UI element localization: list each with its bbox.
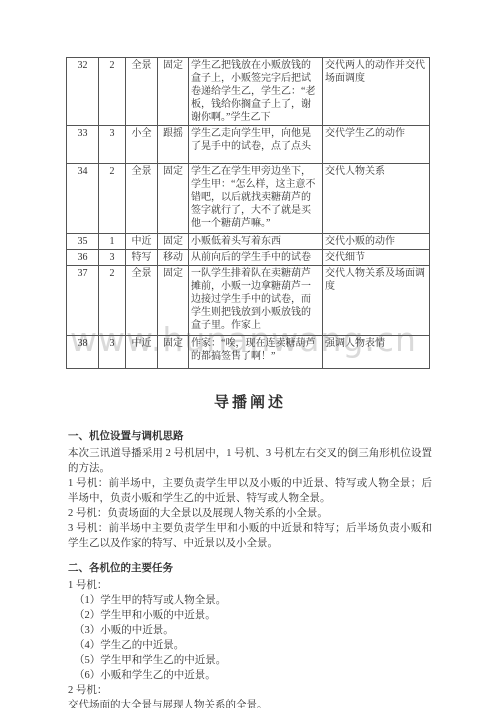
shot-number-cell: 35 — [67, 234, 99, 250]
shot-description-cell: 小贩低着头写着东西 — [189, 234, 323, 250]
camera-move-cell: 固定 — [158, 266, 189, 336]
table-row: 36 3 特写 移动 从前向后的学生手中的试卷 交代细节 — [67, 250, 430, 266]
camera-move-cell: 跟摇 — [158, 126, 189, 164]
shot-size-cell: 中近 — [126, 336, 158, 369]
section1-paragraph: 1 号机：前半场中，主要负责学生甲以及小贩的中近景、特写或人物全景；后半场中，负… — [68, 476, 432, 506]
section2-list-item: （1）学生甲的特写或人物全景。 — [68, 593, 432, 608]
table-row: 38 3 中近 固定 作家：“唉，现在连卖糖葫芦的都搞签售了啊！” 强调人物表情 — [67, 336, 430, 369]
shot-size-cell: 全景 — [126, 58, 158, 126]
document-page: www.hunanwang.cn 32 2 全景 固定 学生乙把钱放在小贩放钱的… — [0, 0, 500, 708]
shot-number-cell: 33 — [67, 126, 99, 164]
shot-description-cell: 学生乙走向学生甲，向他晃了晃手中的试卷，点了点头 — [189, 126, 323, 164]
camera-number-cell: 2 — [99, 164, 126, 234]
section1-heading: 一、机位设置与调机思路 — [68, 428, 432, 443]
shot-note-cell: 交代人物关系及场面调度 — [323, 266, 430, 336]
shot-description-cell: 作家：“唉，现在连卖糖葫芦的都搞签售了啊！” — [189, 336, 323, 369]
shot-number-cell: 34 — [67, 164, 99, 234]
shot-size-cell: 全景 — [126, 164, 158, 234]
shot-note-cell: 强调人物表情 — [323, 336, 430, 369]
table-row: 37 2 全景 固定 一队学生排着队在卖糖葫芦摊前，小贩一边拿糖葫芦一边接过学生… — [67, 266, 430, 336]
camera-move-cell: 移动 — [158, 250, 189, 266]
shot-description-cell: 学生乙在学生甲旁边坐下，学生甲：“怎么样，这主意不错吧，以后就找卖糖葫芦的签字就… — [189, 164, 323, 234]
camera-number-cell: 2 — [99, 58, 126, 126]
section2-line: 交代场面的大全景与展现人物关系的全景。 — [68, 698, 432, 708]
shot-number-cell: 36 — [67, 250, 99, 266]
table-row: 33 3 小全 跟摇 学生乙走向学生甲，向他晃了晃手中的试卷，点了点头 交代学生… — [67, 126, 430, 164]
shot-size-cell: 中近 — [126, 234, 158, 250]
shot-number-cell: 38 — [67, 336, 99, 369]
camera-number-cell: 3 — [99, 126, 126, 164]
section1-paragraph: 本次三讯道导播采用 2 号机居中，1 号机、3 号机左右交叉的倒三角形机位设置的… — [68, 446, 432, 476]
table-row: 35 1 中近 固定 小贩低着头写着东西 交代小贩的动作 — [67, 234, 430, 250]
shot-note-cell: 交代小贩的动作 — [323, 234, 430, 250]
shot-number-cell: 37 — [67, 266, 99, 336]
camera-move-cell: 固定 — [158, 164, 189, 234]
section2-list-item: （5）学生甲和学生乙的中近景。 — [68, 653, 432, 668]
shot-size-cell: 特写 — [126, 250, 158, 266]
section2-list-item: （2）学生甲和小贩的中近景。 — [68, 608, 432, 623]
shot-description-cell: 学生乙把钱放在小贩放钱的盒子上，小贩签完字后把试卷递给学生乙，学生乙：“老板，钱… — [189, 58, 323, 126]
table-row: 34 2 全景 固定 学生乙在学生甲旁边坐下，学生甲：“怎么样，这主意不错吧，以… — [67, 164, 430, 234]
shot-size-cell: 全景 — [126, 266, 158, 336]
camera-number-cell: 3 — [99, 336, 126, 369]
camera-move-cell: 固定 — [158, 234, 189, 250]
shot-note-cell: 交代细节 — [323, 250, 430, 266]
shot-note-cell: 交代两人的动作并交代场面调度 — [323, 58, 430, 126]
section1-paragraph: 3 号机：前半场中主要负责学生甲和小贩的中近景和特写；后半场负责小贩和学生乙以及… — [68, 521, 432, 551]
camera-number-cell: 2 — [99, 266, 126, 336]
section2-line: 2 号机： — [68, 683, 432, 698]
camera-number-cell: 1 — [99, 234, 126, 250]
shot-description-cell: 一队学生排着队在卖糖葫芦摊前，小贩一边拿糖葫芦一边接过学生手中的试卷，而学生则把… — [189, 266, 323, 336]
storyboard-table: 32 2 全景 固定 学生乙把钱放在小贩放钱的盒子上，小贩签完字后把试卷递给学生… — [66, 57, 430, 369]
table-row: 32 2 全景 固定 学生乙把钱放在小贩放钱的盒子上，小贩签完字后把试卷递给学生… — [67, 58, 430, 126]
shot-number-cell: 32 — [67, 58, 99, 126]
shot-size-cell: 小全 — [126, 126, 158, 164]
shot-note-cell: 交代学生乙的动作 — [323, 126, 430, 164]
section2-list-item: （6）小贩和学生乙的中近景。 — [68, 668, 432, 683]
article-body: 导播阐述 一、机位设置与调机思路 本次三讯道导播采用 2 号机居中，1 号机、3… — [68, 391, 432, 708]
section2-line: 1 号机： — [68, 578, 432, 593]
section2-list-item: （3）小贩的中近景。 — [68, 623, 432, 638]
camera-number-cell: 3 — [99, 250, 126, 266]
shot-note-cell: 交代人物关系 — [323, 164, 430, 234]
shot-description-cell: 从前向后的学生手中的试卷 — [189, 250, 323, 266]
camera-move-cell: 固定 — [158, 336, 189, 369]
page-title: 导播阐述 — [68, 391, 432, 412]
camera-move-cell: 固定 — [158, 58, 189, 126]
section2-heading: 二、各机位的主要任务 — [68, 560, 432, 575]
section1-paragraph: 2 号机：负责场面的大全景以及展现人物关系的小全景。 — [68, 506, 432, 521]
section2-list-item: （4）学生乙的中近景。 — [68, 638, 432, 653]
